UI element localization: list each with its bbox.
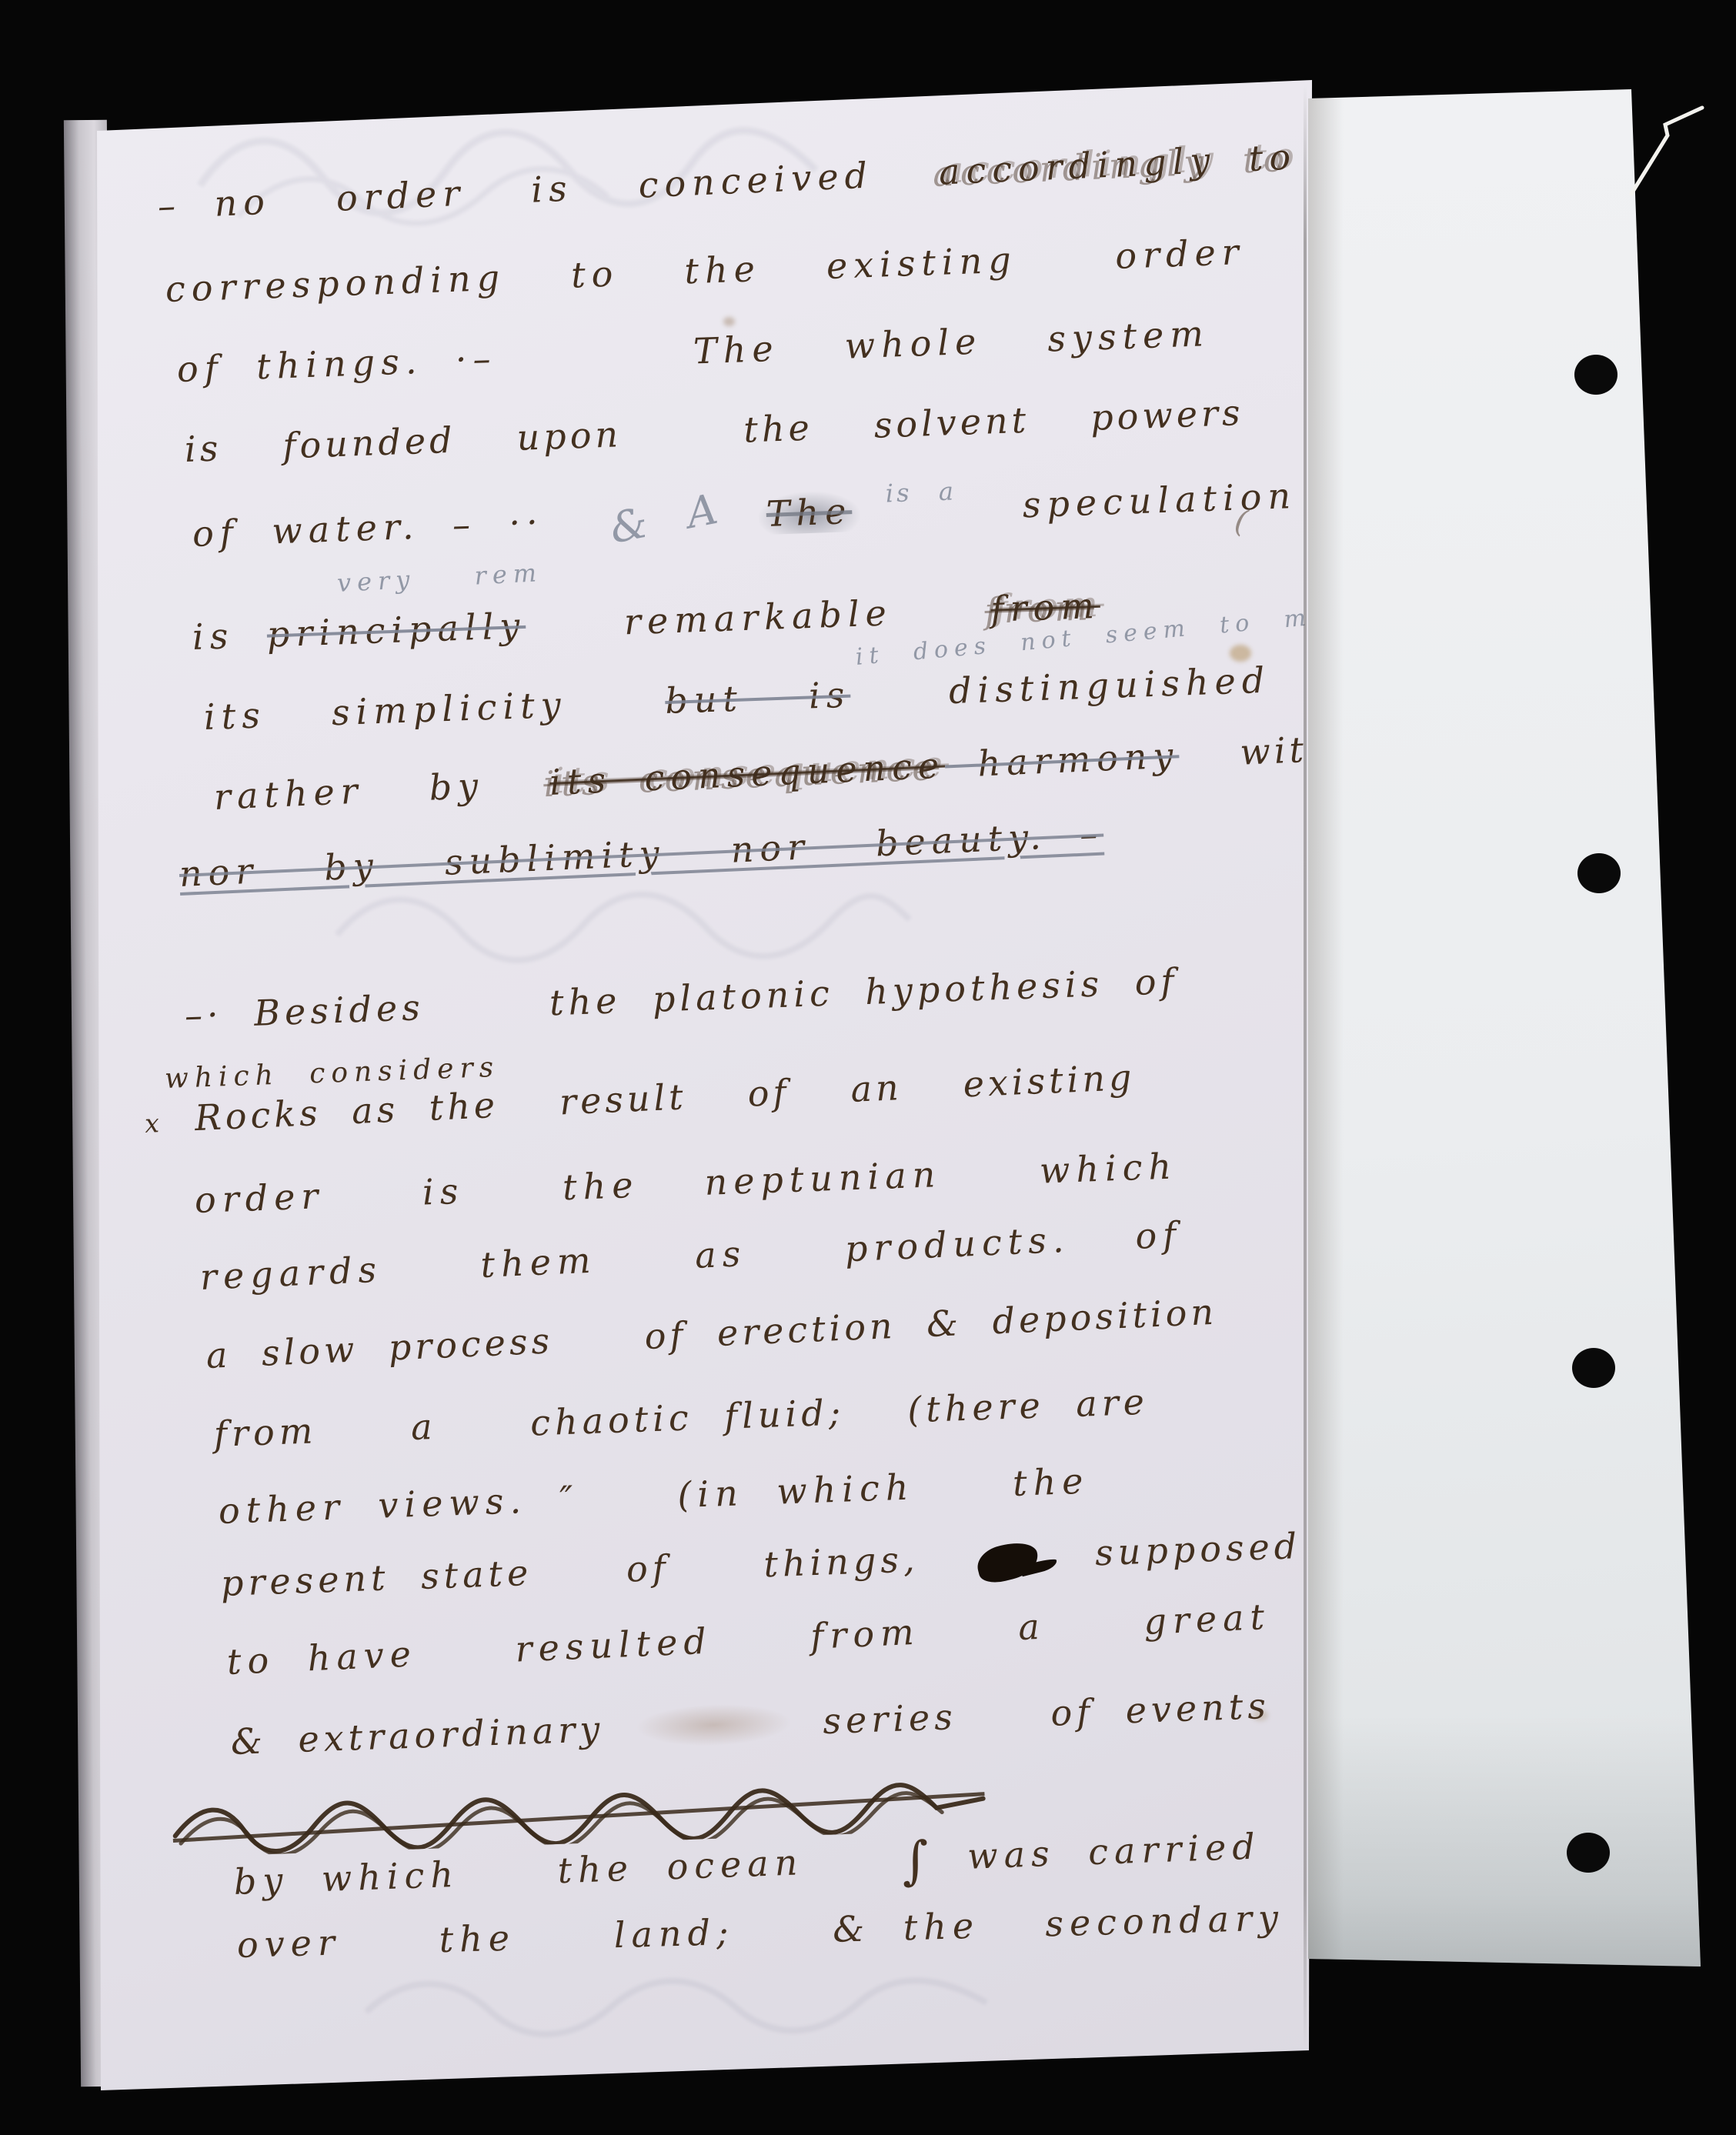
handwriting-segment: & A bbox=[606, 475, 762, 555]
manuscript-line: a slow process of erection & deposition bbox=[205, 1290, 1218, 1379]
ink-showthrough bbox=[331, 877, 916, 969]
manuscript-line: & extraordinary series of events bbox=[230, 1684, 1271, 1765]
handwriting-segment: is a bbox=[859, 476, 957, 509]
punch-hole bbox=[1574, 355, 1617, 395]
handwriting-segment: corresponding to the existing order bbox=[165, 231, 1245, 310]
paper-fiber bbox=[1625, 100, 1710, 204]
manuscript-line: present state of things, is supposed bbox=[220, 1524, 1302, 1606]
handwriting-segment: a slow process of erection & deposition bbox=[205, 1291, 1218, 1376]
manuscript-line: very rem bbox=[336, 557, 543, 599]
handwriting-segment: & extraordinary bbox=[230, 1707, 636, 1763]
handwriting-segment: is founded upon the solvent powers bbox=[184, 392, 1244, 470]
handwriting-segment: its simplicity bbox=[203, 680, 666, 738]
page-edge-shadow bbox=[1304, 85, 1307, 2048]
handwriting-segment: to have resulted from a great bbox=[226, 1596, 1271, 1683]
handwriting-segment: was carried bbox=[934, 1825, 1262, 1878]
handwriting-segment: is bbox=[981, 1534, 1033, 1577]
handwriting-segment: distinguished bbox=[850, 659, 1271, 716]
handwriting-segment: ∫ bbox=[901, 1830, 936, 1890]
manuscript-line: regards them as products. of bbox=[199, 1213, 1183, 1299]
manuscript-line: corresponding to the existing order bbox=[165, 230, 1246, 312]
punch-hole bbox=[1572, 1348, 1615, 1388]
handwriting-segment: present state of things, bbox=[220, 1536, 983, 1603]
handwriting-segment: of things. ·– The whole system bbox=[176, 312, 1210, 390]
manuscript-line: –· Besides the platonic hypothesis of bbox=[184, 959, 1179, 1039]
manuscript-line: to have resulted from a great bbox=[226, 1595, 1271, 1685]
photo-background: { "photo": { "background_color": "#06060… bbox=[0, 0, 1736, 2135]
ink-showthrough bbox=[362, 1966, 993, 2043]
handwriting-segment: x bbox=[144, 1106, 195, 1139]
handwriting-segment: its consequence bbox=[549, 745, 946, 803]
handwriting-segment: harmony bbox=[944, 734, 1180, 786]
punch-hole bbox=[1567, 1833, 1610, 1873]
handwriting-segment: other views. ″ (in which the bbox=[218, 1460, 1090, 1532]
manuscript-line: from a chaotic fluid; (there are bbox=[213, 1380, 1150, 1457]
handwriting-segment bbox=[635, 1702, 793, 1749]
manuscript-line: of things. ·– The whole system bbox=[176, 312, 1210, 392]
handwriting-segment: regards them as products. of bbox=[199, 1213, 1183, 1298]
handwriting-segment: very rem bbox=[336, 558, 543, 598]
handwriting-segment: series of events bbox=[791, 1685, 1271, 1743]
manuscript-line: order is the neptunian which bbox=[194, 1144, 1178, 1223]
handwriting-segment: order is the neptunian which bbox=[194, 1145, 1178, 1221]
manuscript-line: of water. – ·· & A The is a speculation bbox=[192, 468, 1297, 559]
handwriting-segment: rather by bbox=[213, 762, 551, 818]
manuscript-line: other views. ″ (in which the bbox=[218, 1459, 1090, 1534]
handwriting-segment: is bbox=[192, 614, 268, 658]
punch-hole bbox=[1577, 853, 1621, 893]
foxing-stain bbox=[723, 317, 735, 326]
manuscript-line: its simplicity but is distinguished bbox=[203, 659, 1271, 740]
handwriting-segment: –· Besides the platonic hypothesis of bbox=[184, 960, 1179, 1036]
handwriting-segment: The bbox=[758, 490, 860, 535]
handwriting-segment: supposed bbox=[1032, 1525, 1302, 1576]
handwriting-segment: from a chaotic fluid; (there are bbox=[213, 1381, 1150, 1455]
handwriting-segment: accordingly to bbox=[938, 135, 1297, 192]
handwriting-segment: but is bbox=[664, 674, 851, 722]
manuscript-line: is founded upon the solvent powers bbox=[184, 391, 1244, 472]
handwriting-segment: principally bbox=[266, 605, 526, 656]
handwriting-segment: of water. – ·· bbox=[192, 499, 610, 555]
